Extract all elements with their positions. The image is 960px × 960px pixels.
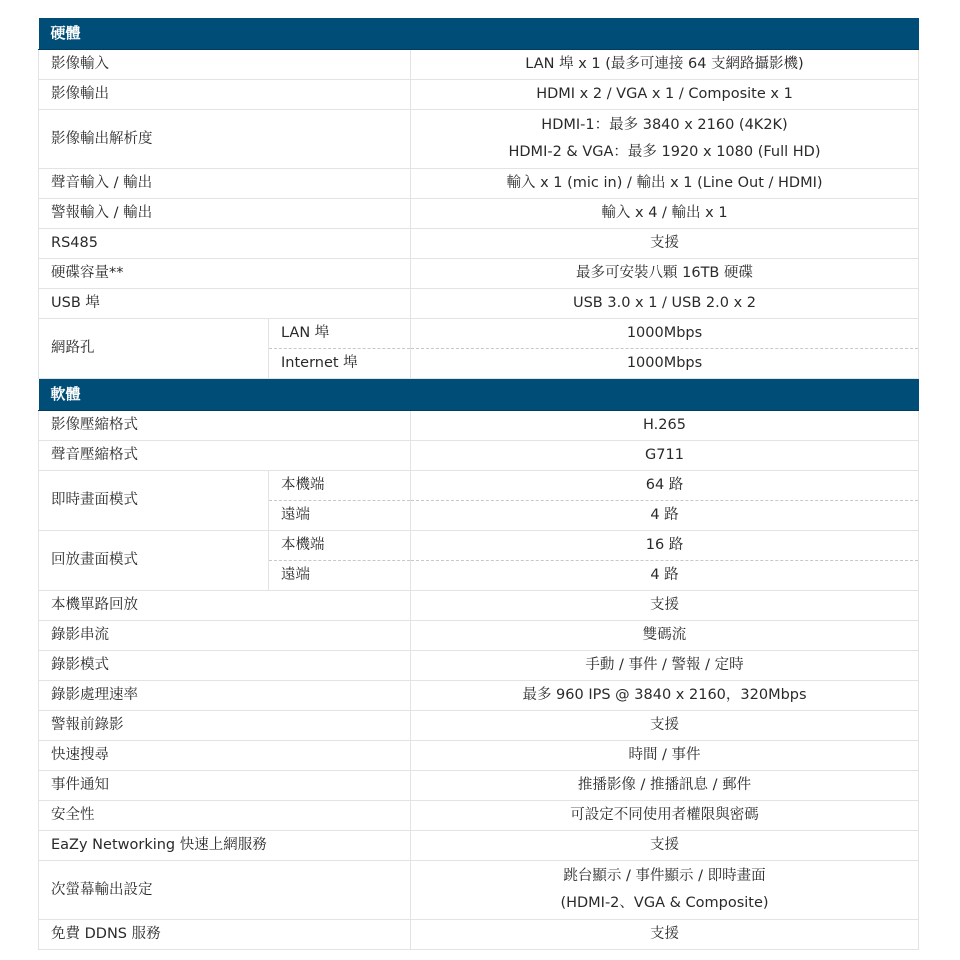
section-title: 硬體	[39, 18, 919, 50]
table-row: 錄影串流 雙碼流	[39, 621, 919, 651]
row-label: RS485	[39, 229, 411, 259]
row-value: 推播影像 / 推播訊息 / 郵件	[411, 771, 919, 801]
table-row: 錄影處理速率 最多 960 IPS @ 3840 x 2160，320Mbps	[39, 681, 919, 711]
table-row: 事件通知 推播影像 / 推播訊息 / 郵件	[39, 771, 919, 801]
row-label: 快速搜尋	[39, 741, 411, 771]
value-line: 跳台顯示 / 事件顯示 / 即時畫面	[411, 863, 918, 890]
row-label: 事件通知	[39, 771, 411, 801]
row-value: 1000Mbps	[411, 319, 919, 349]
row-label: 回放畫面模式	[39, 531, 269, 591]
spec-table: 硬體 影像輸入 LAN 埠 x 1 (最多可連接 64 支網路攝影機) 影像輸出…	[38, 18, 919, 950]
row-label: 硬碟容量**	[39, 259, 411, 289]
row-label: 免費 DDNS 服務	[39, 920, 411, 950]
table-row: 安全性 可設定不同使用者權限與密碼	[39, 801, 919, 831]
row-value: USB 3.0 x 1 / USB 2.0 x 2	[411, 289, 919, 319]
row-label: USB 埠	[39, 289, 411, 319]
table-row: 影像壓縮格式 H.265	[39, 411, 919, 441]
table-row: 快速搜尋 時間 / 事件	[39, 741, 919, 771]
row-sublabel: 本機端	[269, 531, 411, 561]
row-value: 手動 / 事件 / 警報 / 定時	[411, 651, 919, 681]
row-value: 跳台顯示 / 事件顯示 / 即時畫面 (HDMI-2、VGA & Composi…	[411, 861, 919, 920]
row-value: G711	[411, 441, 919, 471]
row-label: 聲音壓縮格式	[39, 441, 411, 471]
row-value: 時間 / 事件	[411, 741, 919, 771]
row-label: 影像輸出解析度	[39, 110, 411, 169]
table-row: 免費 DDNS 服務 支援	[39, 920, 919, 950]
value-line: HDMI-1：最多 3840 x 2160 (4K2K)	[411, 112, 918, 139]
table-row: 錄影模式 手動 / 事件 / 警報 / 定時	[39, 651, 919, 681]
row-label: 即時畫面模式	[39, 471, 269, 531]
row-label: 警報前錄影	[39, 711, 411, 741]
row-value: HDMI-1：最多 3840 x 2160 (4K2K) HDMI-2 & VG…	[411, 110, 919, 169]
table-row: 聲音輸入 / 輸出 輸入 x 1 (mic in) / 輸出 x 1 (Line…	[39, 169, 919, 199]
row-sublabel: 本機端	[269, 471, 411, 501]
row-sublabel: Internet 埠	[269, 349, 411, 379]
row-value: 64 路	[411, 471, 919, 501]
row-sublabel: LAN 埠	[269, 319, 411, 349]
table-row: 聲音壓縮格式 G711	[39, 441, 919, 471]
row-label: 次螢幕輸出設定	[39, 861, 411, 920]
row-value: H.265	[411, 411, 919, 441]
row-value: 輸入 x 1 (mic in) / 輸出 x 1 (Line Out / HDM…	[411, 169, 919, 199]
row-value: LAN 埠 x 1 (最多可連接 64 支網路攝影機)	[411, 50, 919, 80]
row-label: 錄影串流	[39, 621, 411, 651]
row-value: 4 路	[411, 561, 919, 591]
row-value: 輸入 x 4 / 輸出 x 1	[411, 199, 919, 229]
table-row: 回放畫面模式 本機端 16 路	[39, 531, 919, 561]
row-sublabel: 遠端	[269, 561, 411, 591]
row-label: 安全性	[39, 801, 411, 831]
row-label: 本機單路回放	[39, 591, 411, 621]
row-value: 支援	[411, 831, 919, 861]
row-sublabel: 遠端	[269, 501, 411, 531]
table-row: EaZy Networking 快速上網服務 支援	[39, 831, 919, 861]
table-row: 即時畫面模式 本機端 64 路	[39, 471, 919, 501]
table-row: USB 埠 USB 3.0 x 1 / USB 2.0 x 2	[39, 289, 919, 319]
row-label: 聲音輸入 / 輸出	[39, 169, 411, 199]
row-value: 可設定不同使用者權限與密碼	[411, 801, 919, 831]
table-row: 影像輸出解析度 HDMI-1：最多 3840 x 2160 (4K2K) HDM…	[39, 110, 919, 169]
table-row: 硬碟容量** 最多可安裝八顆 16TB 硬碟	[39, 259, 919, 289]
table-row: 影像輸出 HDMI x 2 / VGA x 1 / Composite x 1	[39, 80, 919, 110]
table-row: 影像輸入 LAN 埠 x 1 (最多可連接 64 支網路攝影機)	[39, 50, 919, 80]
row-value: 支援	[411, 229, 919, 259]
row-value: 支援	[411, 920, 919, 950]
value-line: HDMI-2 & VGA：最多 1920 x 1080 (Full HD)	[411, 139, 918, 166]
row-label: 影像輸出	[39, 80, 411, 110]
row-value: 支援	[411, 591, 919, 621]
row-value: 最多 960 IPS @ 3840 x 2160，320Mbps	[411, 681, 919, 711]
section-title: 軟體	[39, 379, 919, 411]
row-value: 16 路	[411, 531, 919, 561]
row-label: 錄影處理速率	[39, 681, 411, 711]
row-value: 最多可安裝八顆 16TB 硬碟	[411, 259, 919, 289]
table-row: 本機單路回放 支援	[39, 591, 919, 621]
section-header-hardware: 硬體	[39, 18, 919, 50]
section-header-software: 軟體	[39, 379, 919, 411]
table-row: 警報前錄影 支援	[39, 711, 919, 741]
row-value: HDMI x 2 / VGA x 1 / Composite x 1	[411, 80, 919, 110]
table-row: 警報輸入 / 輸出 輸入 x 4 / 輸出 x 1	[39, 199, 919, 229]
row-label: EaZy Networking 快速上網服務	[39, 831, 411, 861]
table-row: 次螢幕輸出設定 跳台顯示 / 事件顯示 / 即時畫面 (HDMI-2、VGA &…	[39, 861, 919, 920]
row-value: 支援	[411, 711, 919, 741]
value-line: (HDMI-2、VGA & Composite)	[411, 890, 918, 917]
row-value: 4 路	[411, 501, 919, 531]
table-row: RS485 支援	[39, 229, 919, 259]
row-label: 影像輸入	[39, 50, 411, 80]
row-value: 雙碼流	[411, 621, 919, 651]
row-value: 1000Mbps	[411, 349, 919, 379]
row-label: 影像壓縮格式	[39, 411, 411, 441]
table-row: 網路孔 LAN 埠 1000Mbps	[39, 319, 919, 349]
row-label: 網路孔	[39, 319, 269, 379]
row-label: 錄影模式	[39, 651, 411, 681]
row-label: 警報輸入 / 輸出	[39, 199, 411, 229]
